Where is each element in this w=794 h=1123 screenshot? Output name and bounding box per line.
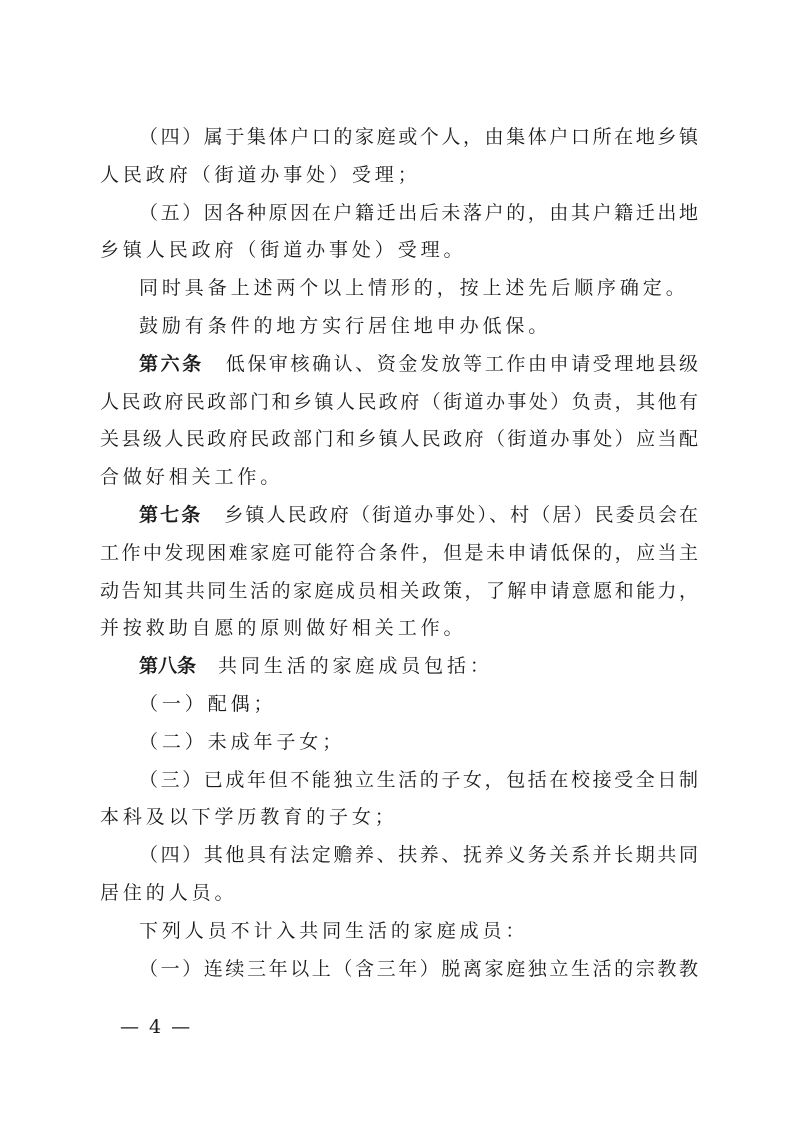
paragraph-line: 人民政府民政部门和乡镇人民政府（街道办事处）负责，其他有 (100, 384, 698, 422)
document-page: （四）属于集体户口的家庭或个人，由集体户口所在地乡镇 人民政府（街道办事处）受理… (100, 119, 698, 988)
article-text: 乡镇人民政府（街道办事处）、村（居）民委员会在 (224, 504, 698, 526)
paragraph-line: 同时具备上述两个以上情形的，按上述先后顺序确定。 (100, 270, 698, 308)
article-first-line: 第六条低保审核确认、资金发放等工作由申请受理地县级 (100, 346, 698, 384)
paragraph-line: （五）因各种原因在户籍迁出后未落户的，由其户籍迁出地 (100, 195, 698, 233)
page-number: — 4 — (120, 1016, 192, 1038)
list-item: （四）其他具有法定赡养、扶养、抚养义务关系并长期共同 (100, 837, 698, 875)
article-text: 低保审核确认、资金发放等工作由申请受理地县级 (226, 353, 698, 375)
paragraph-line: 合做好相关工作。 (100, 459, 698, 497)
paragraph-line: 下列人员不计入共同生活的家庭成员： (100, 913, 698, 951)
list-item: （一）配偶； (100, 686, 698, 724)
article-6: 第六条低保审核确认、资金发放等工作由申请受理地县级 人民政府民政部门和乡镇人民政… (100, 346, 698, 497)
article-number: 第七条 (139, 504, 202, 526)
article-number: 第八条 (139, 655, 196, 677)
list-item: （一）连续三年以上（含三年）脱离家庭独立生活的宗教教 (100, 951, 698, 989)
paragraph-line: （四）属于集体户口的家庭或个人，由集体户口所在地乡镇 (100, 119, 698, 157)
paragraph-line: 工作中发现困难家庭可能符合条件，但是未申请低保的，应当主 (100, 535, 698, 573)
paragraph-line: 乡镇人民政府（街道办事处）受理。 (100, 232, 698, 270)
article-text: 共同生活的家庭成员包括： (218, 655, 493, 677)
article-first-line: 第七条乡镇人民政府（街道办事处）、村（居）民委员会在 (100, 497, 698, 535)
article-8: 第八条共同生活的家庭成员包括： （一）配偶； （二）未成年子女； （三）已成年但… (100, 648, 698, 988)
article-first-line: 第八条共同生活的家庭成员包括： (100, 648, 698, 686)
list-item: （二）未成年子女； (100, 724, 698, 762)
article-number: 第六条 (139, 353, 204, 375)
list-item-continuation: 本科及以下学历教育的子女； (100, 799, 698, 837)
paragraph-line: 鼓励有条件的地方实行居住地申办低保。 (100, 308, 698, 346)
article-7: 第七条乡镇人民政府（街道办事处）、村（居）民委员会在 工作中发现困难家庭可能符合… (100, 497, 698, 648)
list-item: （三）已成年但不能独立生活的子女，包括在校接受全日制 (100, 762, 698, 800)
list-item-continuation: 居住的人员。 (100, 875, 698, 913)
paragraph-line: 动告知其共同生活的家庭成员相关政策，了解申请意愿和能力， (100, 573, 698, 611)
paragraph-line: 关县级人民政府民政部门和乡镇人民政府（街道办事处）应当配 (100, 421, 698, 459)
paragraph-line: 并按救助自愿的原则做好相关工作。 (100, 610, 698, 648)
paragraph-line: 人民政府（街道办事处）受理； (100, 157, 698, 195)
